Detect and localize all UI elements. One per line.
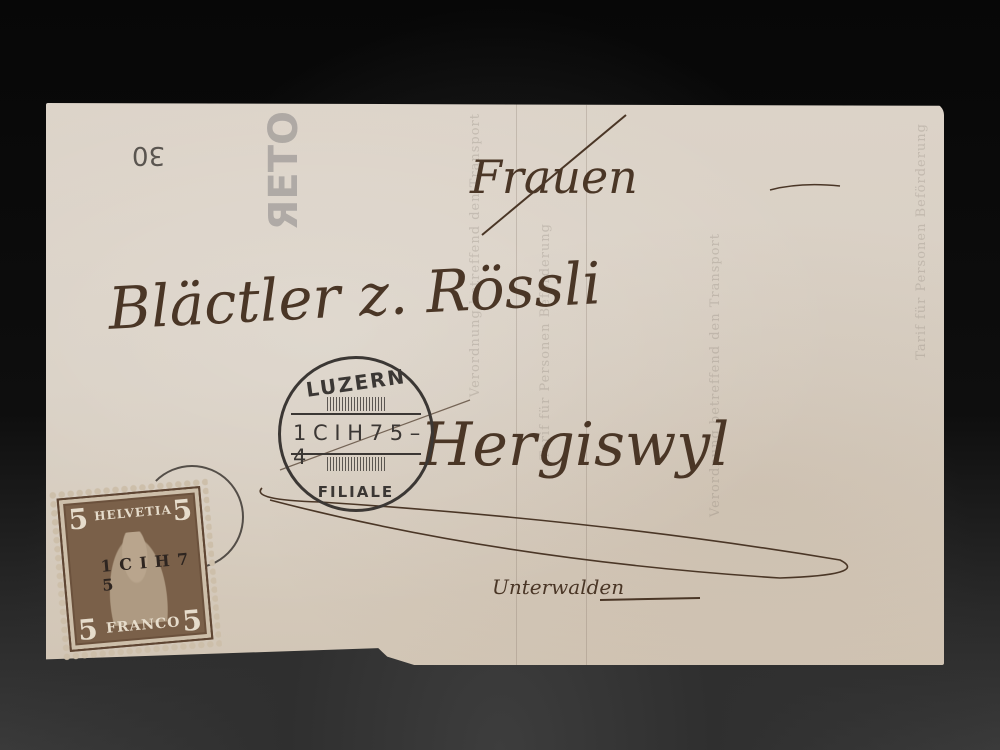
postmark-office: FILIALE: [281, 483, 431, 501]
stamp-value-top-left: 5: [67, 502, 89, 537]
postmark-hatch: [327, 457, 387, 471]
address-line-3: Hergiswyl: [420, 410, 729, 480]
stamp-cancel-date: 1 C I H 7 5: [100, 548, 207, 595]
stamp-value-bottom-right: 5: [181, 603, 203, 638]
stamp-value-top-right: 5: [171, 493, 193, 528]
postmark-hatch: [327, 397, 387, 411]
stamp-country: HELVETIA: [94, 503, 173, 524]
address-line-4: Unterwalden: [492, 575, 624, 599]
postmark-luzern: LUZERN 1 C I H 7 5 – 4 FILIALE: [278, 356, 434, 512]
stamp-value-bottom-left: 5: [77, 613, 99, 648]
pencil-note: 30: [132, 140, 165, 170]
postmark-bar: [291, 453, 421, 455]
stamp-face: 5 5 HELVETIA 1 C I H 7 5 5 5 FRANCO: [57, 486, 214, 652]
postage-stamp: 5 5 HELVETIA 1 C I H 7 5 5 5 FRANCO: [48, 477, 222, 660]
show-through-text: Tarif für Personen Beförderung: [914, 123, 929, 360]
postmark-bar: [291, 413, 421, 415]
show-through-large-letters: ЯЕТO: [261, 111, 307, 230]
address-line-1: Frauen: [470, 150, 638, 204]
